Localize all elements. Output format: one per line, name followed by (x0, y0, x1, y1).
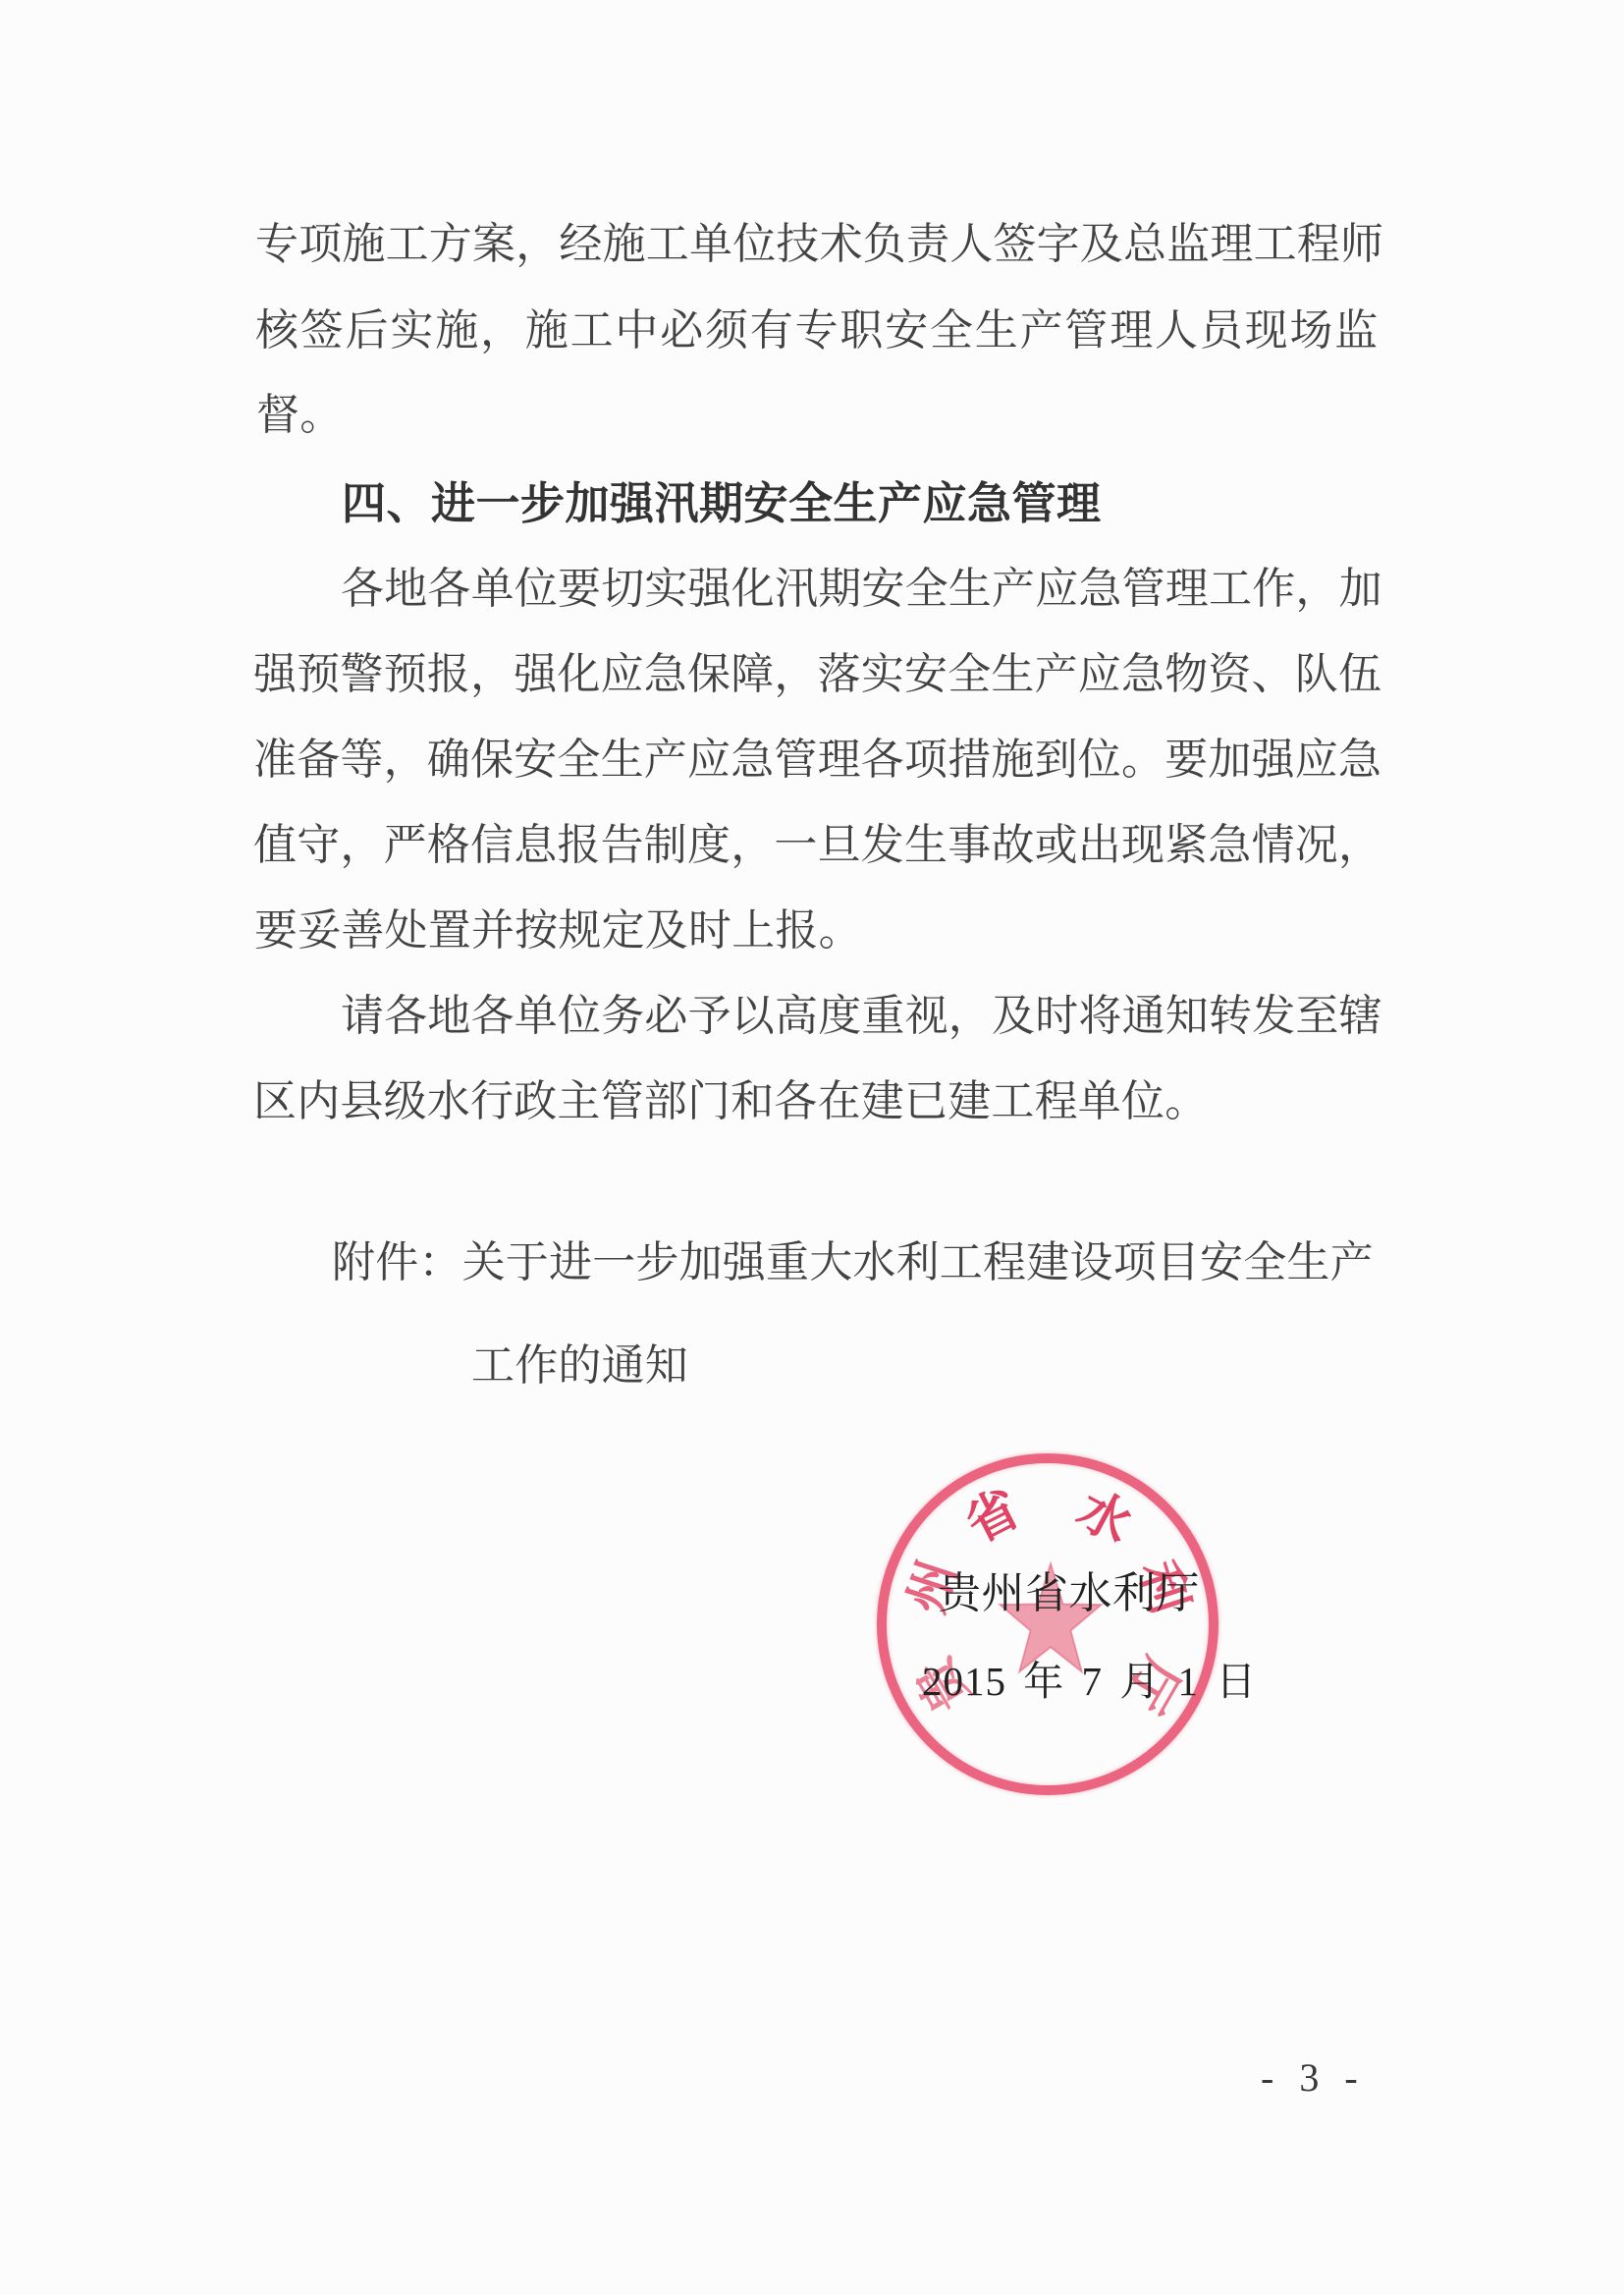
body-line: 请各地各单位务必予以高度重视，及时将通知转发至辖 (341, 992, 1382, 1042)
body-line: 区内县级水行政主管部门和各在建已建工程单位。 (253, 1077, 1208, 1127)
attachment-line: 工作的通知 (471, 1341, 688, 1392)
section-heading: 四、进一步加强汛期安全生产应急管理 (342, 478, 1102, 529)
page-number: - 3 - (1261, 2058, 1366, 2098)
body-line: 值守，严格信息报告制度，一旦发生事故或出现紧急情况， (253, 821, 1381, 871)
official-seal: 贵 州 省 水 利 厅 贵州省水利厅 2015 年 7 月 1 日 (877, 1453, 1218, 1795)
body-line: 强预警预报，强化应急保障，落实安全生产应急物资、队伍 (253, 650, 1381, 700)
seal-issuer-text: 贵州省水利厅 (938, 1572, 1200, 1615)
seal-date-text: 2015 年 7 月 1 日 (922, 1662, 1257, 1702)
body-line: 准备等，确保安全生产应急管理各项措施到位。要加强应急 (253, 736, 1381, 786)
body-line: 专项施工方案，经施工单位技术负责人签字及总监理工程师 (255, 220, 1383, 270)
attachment-line: 附件：关于进一步加强重大水利工程建设项目安全生产 (332, 1238, 1374, 1288)
body-line: 要妥善处置并按规定及时上报。 (254, 906, 862, 956)
body-line: 督。 (256, 391, 343, 441)
scanned-document-page: 专项施工方案，经施工单位技术负责人签字及总监理工程师 核签后实施，施工中必须有专… (0, 0, 1624, 2295)
body-line: 各地各单位要切实强化汛期安全生产应急管理工作，加 (341, 565, 1382, 615)
body-line: 核签后实施，施工中必须有专职安全生产管理人员现场监 (255, 306, 1380, 356)
